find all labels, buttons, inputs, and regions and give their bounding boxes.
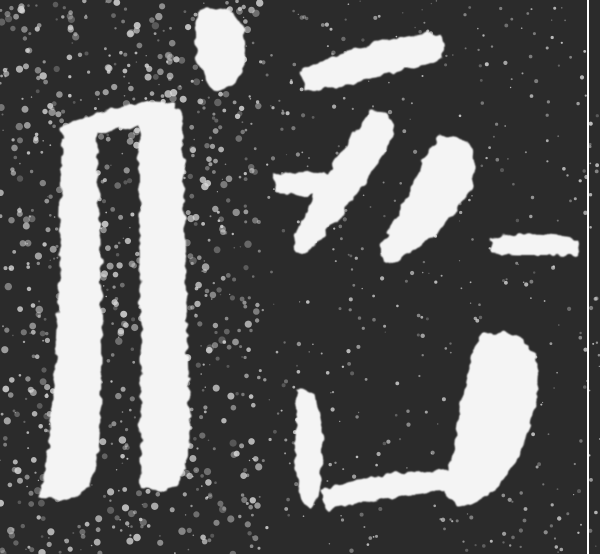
stone-rubbing-image xyxy=(0,0,600,554)
stroke-left-right-vertical xyxy=(138,104,190,490)
stroke-right-short-horizontal xyxy=(490,234,580,256)
stroke-short-horizontal xyxy=(272,172,350,196)
